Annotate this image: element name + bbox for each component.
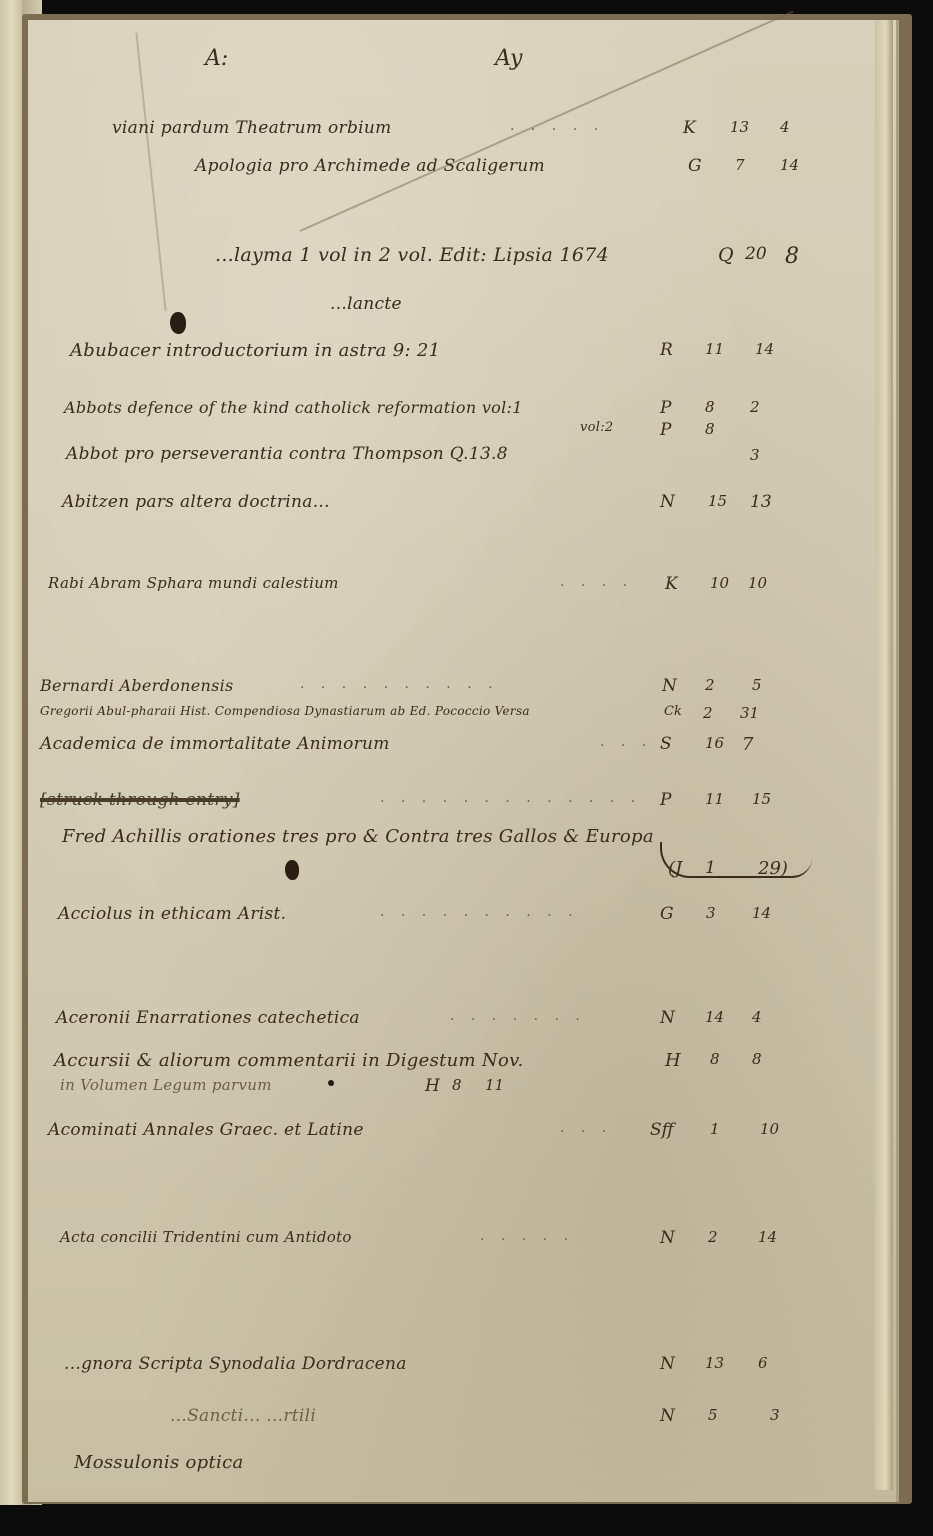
entry-shelf: P [660, 790, 671, 810]
entry-title: Aceronii Enarrationes catechetica [56, 1008, 360, 1028]
entry-shelf: S [660, 734, 672, 754]
entry-title: Mossulonis optica [74, 1452, 244, 1473]
entry-title: Abbot pro perseverantia contra Thompson … [66, 444, 508, 464]
ink-blot [285, 860, 299, 880]
header-left: A: [205, 46, 228, 71]
ink-dot [328, 1080, 334, 1086]
entry-n1: 8 [710, 1050, 720, 1068]
entry-shelf: K [665, 574, 678, 594]
entry-title: ...lancte [330, 294, 402, 314]
entry-n1: 16 [705, 734, 724, 752]
entry-title: Acciolus in ethicam Arist. [58, 904, 286, 924]
entry-shelf: N [660, 492, 675, 512]
header-center: Ay [495, 46, 522, 71]
entry-n1: 11 [705, 340, 724, 358]
entry-title: Rabi Abram Sphara mundi calestium [48, 574, 339, 592]
entry-row: Abitzen pars altera doctrina... N 15 13 [0, 492, 933, 522]
entry-n1: 3 [706, 904, 716, 922]
entry-shelf: Sff [650, 1120, 674, 1140]
entry-n1: 13 [705, 1354, 724, 1372]
entry-shelf: N [660, 1008, 675, 1028]
entry-n2: 2 [750, 398, 760, 416]
entry-n2: 4 [780, 118, 790, 136]
entry-shelf: G [688, 156, 702, 176]
entry-title-struck: [struck-through entry] [40, 790, 240, 810]
entry-row: in Volumen Legum parvum H 8 11 [0, 1076, 933, 1106]
entry-n2: 3 [770, 1406, 780, 1424]
entry-title: vol:2 [580, 420, 613, 435]
entry-n1: 7 [735, 156, 745, 174]
entry-title: Abbots defence of the kind catholick ref… [64, 398, 523, 417]
entry-row: Acominati Annales Graec. et Latine . . .… [0, 1120, 933, 1150]
entry-n2: 13 [750, 492, 772, 512]
entry-title: ...gnora Scripta Synodalia Dordracena [64, 1354, 407, 1374]
entry-row: Abubacer introductorium in astra 9: 21 R… [0, 340, 933, 370]
entry-n1: 2 [703, 704, 713, 722]
entry-n2: 14 [758, 1228, 777, 1246]
entry-shelf: H [665, 1050, 681, 1071]
entry-n2: 14 [780, 156, 799, 174]
entry-n2: 8 [785, 244, 799, 269]
entry-row: viani pardum Theatrum orbium . . . . . K… [0, 118, 933, 148]
entry-row: Aceronii Enarrationes catechetica . . . … [0, 1008, 933, 1038]
entry-row: ...lancte [0, 294, 933, 324]
entry-n1: 13 [730, 118, 749, 136]
entry-row: ...layma 1 vol in 2 vol. Edit: Lipsia 16… [0, 244, 933, 274]
ink-blot [170, 312, 186, 334]
entry-shelf: N [660, 1354, 675, 1374]
entry-n1: 5 [708, 1406, 718, 1424]
entry-title: Academica de immortalitate Animorum [40, 734, 390, 754]
entry-n2: 7 [742, 734, 753, 755]
entry-shelf: R [660, 340, 673, 360]
entry-n1: 15 [708, 492, 727, 510]
bracket-mark [660, 842, 812, 878]
entry-shelf: P [660, 420, 671, 440]
entry-shelf: P [660, 398, 671, 418]
entry-title: Acominati Annales Graec. et Latine [48, 1120, 364, 1140]
entry-title: in Volumen Legum parvum [60, 1076, 272, 1094]
entry-n2: 14 [752, 904, 771, 922]
entry-shelf: Ck [664, 704, 682, 719]
entry-title: Accursii & aliorum commentarii in Digest… [54, 1050, 523, 1071]
entry-row: Bernardi Aberdonensis . . . . . . . . . … [0, 676, 933, 706]
entry-row: Abbot pro perseverantia contra Thompson … [0, 444, 933, 474]
entry-title: ...Sancti... ...rtili [170, 1406, 316, 1426]
entry-shelf: K [683, 118, 696, 138]
entry-n1: 20 [745, 244, 767, 264]
entry-title: Abitzen pars altera doctrina... [62, 492, 330, 512]
entry-n1: 8 [452, 1076, 462, 1094]
entry-n1: 2 [708, 1228, 718, 1246]
entry-n2: 6 [758, 1354, 768, 1372]
entry-n1: 2 [705, 676, 715, 694]
entry-row: Academica de immortalitate Animorum . . … [0, 734, 933, 764]
entry-title: Acta concilii Tridentini cum Antidoto [60, 1228, 352, 1246]
entry-n1: 10 [710, 574, 729, 592]
entry-n1: 8 [705, 420, 715, 438]
entry-n2: 5 [752, 676, 762, 694]
entry-n2: 10 [760, 1120, 779, 1138]
entry-n1: 14 [705, 1008, 724, 1026]
entry-title: Apologia pro Archimede ad Scaligerum [195, 156, 545, 176]
entry-row: Rabi Abram Sphara mundi calestium . . . … [0, 574, 933, 604]
entry-row: Acta concilii Tridentini cum Antidoto . … [0, 1228, 933, 1258]
entry-shelf: G [660, 904, 674, 924]
entry-shelf: N [662, 676, 677, 696]
entry-n2: 11 [485, 1076, 504, 1094]
entry-row: Acciolus in ethicam Arist. . . . . . . .… [0, 904, 933, 934]
entry-n1: 11 [705, 790, 724, 808]
entry-n2: 31 [740, 704, 759, 722]
facing-page-edge [0, 0, 22, 1536]
entry-row: Mossulonis optica [0, 1452, 933, 1482]
entry-n2: 4 [752, 1008, 762, 1026]
entry-row: ...gnora Scripta Synodalia Dordracena N … [0, 1354, 933, 1384]
entry-n2: 8 [752, 1050, 762, 1068]
entry-n2: 14 [755, 340, 774, 358]
entry-n1: 1 [710, 1120, 720, 1138]
entry-title: ...layma 1 vol in 2 vol. Edit: Lipsia 16… [215, 244, 609, 266]
entry-row: Apologia pro Archimede ad Scaligerum G 7… [0, 156, 933, 186]
entry-n1: 8 [705, 398, 715, 416]
entry-row: Gregorii Abul-pharaii Hist. Compendiosa … [0, 704, 933, 734]
entry-title: Bernardi Aberdonensis [40, 676, 234, 695]
entry-title: Gregorii Abul-pharaii Hist. Compendiosa … [40, 704, 530, 718]
entry-n2: 10 [748, 574, 767, 592]
entry-row: ...Sancti... ...rtili N 5 3 [0, 1406, 933, 1436]
entry-title: Fred Achillis orationes tres pro & Contr… [62, 826, 654, 847]
entry-title: Abubacer introductorium in astra 9: 21 [70, 340, 440, 361]
background-bottom [0, 1505, 933, 1536]
entry-row: [struck-through entry] . . . . . . . . .… [0, 790, 933, 820]
entry-n2: 15 [752, 790, 771, 808]
entry-shelf: N [660, 1406, 675, 1426]
entry-shelf: H [425, 1076, 440, 1096]
entry-shelf: Q [718, 244, 734, 266]
entry-shelf: N [660, 1228, 675, 1248]
entry-title: viani pardum Theatrum orbium [112, 118, 392, 138]
